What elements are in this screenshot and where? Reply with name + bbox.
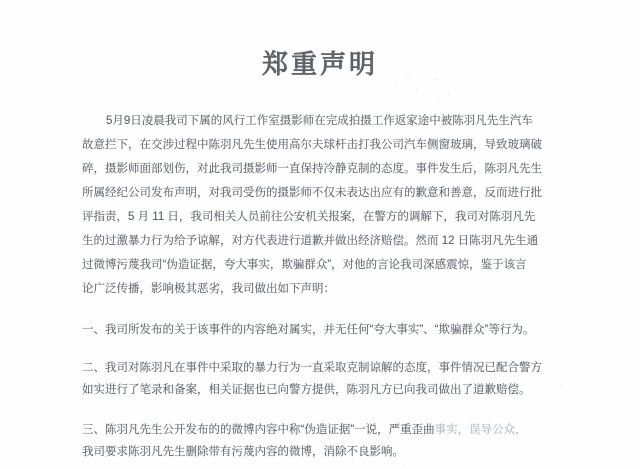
statement-title: 郑重声明	[262, 51, 378, 77]
statement-line: 如实进行了笔录和备案，相关证据也已向警方提供，陈羽凡方已向我司做出了道歉赔偿。	[82, 379, 558, 401]
intro-line: 过微博污蔑我司“伪造证据，夸大事实，欺骗群众”，对他的言论我司深感震惊，鉴于该言	[82, 253, 558, 277]
intro-line: 所属经纪公司发布声明，对我司受伤的摄影师不仅未表达出应有的歉意和善意，反而进行批	[82, 181, 558, 205]
statement-line: 二、我司对陈羽凡在事件中采取的暴力行为一直采取克制谅解的态度，事件情况已配合警方	[82, 357, 558, 379]
paper-noise-dot	[433, 78, 436, 80]
statement-line: 三、陈羽凡先生公开发布的的微博内容中称“伪造证据”一说，严重歪曲事实，误导公众，	[82, 419, 558, 441]
statement-item-3: 三、陈羽凡先生公开发布的的微博内容中称“伪造证据”一说，严重歪曲事实，误导公众，…	[82, 419, 558, 463]
statement-line: 我司要求陈羽凡先生删除带有污蔑内容的微博，消除不良影响。	[82, 441, 558, 463]
statement-line-main: 三、陈羽凡先生公开发布的的微博内容中称“伪造证据”一说，严重歪曲	[82, 424, 435, 436]
intro-line: 碎，摄影师面部划伤，对此我司摄影师一直保持冷静克制的态度。事件发生后，陈羽凡先生	[82, 157, 558, 181]
intro-line: 生的过激暴力行为给予谅解，对方代表进行道歉并做出经济赔偿。然而 12 日陈羽凡先…	[82, 229, 558, 253]
intro-paragraph: 5月9日凌晨我司下属的风行工作室摄影师在完成拍摄工作返家途中被陈羽凡先生汽车 故…	[82, 109, 558, 301]
intro-line: 论广泛传播，影响极其恶劣，我司做出如下声明：	[82, 277, 558, 301]
statement-line-faded-tail: 事实，误导公众，	[435, 424, 527, 436]
statement-item-1: 一、我司所发布的关于该事件的内容绝对属实，并无任何“夸大事实”、“欺骗群众”等行…	[82, 319, 558, 341]
statement-item-2: 二、我司对陈羽凡在事件中采取的暴力行为一直采取克制谅解的态度，事件情况已配合警方…	[82, 357, 558, 401]
statement-body: 5月9日凌晨我司下属的风行工作室摄影师在完成拍摄工作返家途中被陈羽凡先生汽车 故…	[82, 109, 558, 463]
paper-noise-dot	[407, 74, 409, 76]
title-row: 郑重声明	[0, 0, 640, 78]
intro-line: 故意拦下，在交涉过程中陈羽凡先生使用高尔夫球杆击打我公司汽车侧窗玻璃，导致玻璃破	[82, 133, 558, 157]
paper-noise-dot	[438, 97, 440, 99]
document-page: 郑重声明 5月9日凌晨我司下属的风行工作室摄影师在完成拍摄工作返家途中被陈羽凡先…	[0, 0, 640, 469]
statement-line: 一、我司所发布的关于该事件的内容绝对属实，并无任何“夸大事实”、“欺骗群众”等行…	[82, 319, 558, 341]
paper-noise-dot	[560, 385, 562, 387]
intro-line: 评指责，5 月 11 日，我司相关人员前往公安机关报案，在警方的调解下，我司对陈…	[82, 205, 558, 229]
paper-noise-dot	[402, 463, 405, 465]
intro-line: 5月9日凌晨我司下属的风行工作室摄影师在完成拍摄工作返家途中被陈羽凡先生汽车	[82, 109, 558, 133]
paper-noise-dot	[416, 90, 418, 92]
paper-noise-dot	[395, 82, 398, 84]
paper-noise-dot	[448, 92, 450, 94]
